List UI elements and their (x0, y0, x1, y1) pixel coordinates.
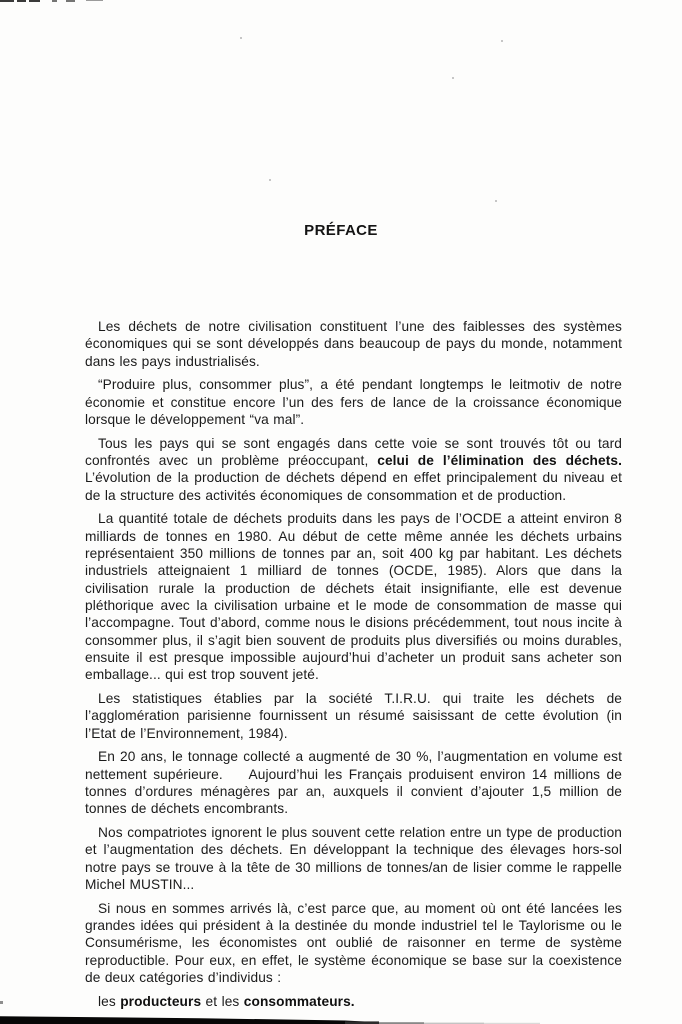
page-title: PRÉFACE (0, 222, 682, 239)
paragraph-5: Les statistiques établies par la société… (85, 690, 622, 742)
bold-phrase-elimination: celui de l’élimination des déchets. (377, 453, 622, 468)
paragraph-7: Nos compatriotes ignorent le plus souven… (85, 824, 622, 893)
scan-dash (52, 0, 57, 2)
paragraph-text: Les statistiques établies par la société… (85, 691, 622, 741)
paragraph-8: Si nous en sommes arrivés là, c’est parc… (85, 900, 622, 986)
text-block: Les déchets de notre civilisation consti… (85, 318, 622, 1016)
document-page: PRÉFACE Les déchets de notre civilisatio… (0, 0, 682, 1024)
scan-artifact-bottom-bar (0, 1000, 682, 1024)
scan-speck (269, 179, 271, 181)
scan-dash (17, 0, 26, 2)
paragraph-text: En 20 ans, le tonnage collecté a augment… (85, 749, 622, 816)
paragraph-text: Nos compatriotes ignorent le plus souven… (85, 825, 622, 892)
paragraph-4: La quantité totale de déchets produits d… (85, 510, 622, 683)
scan-dash (0, 0, 14, 2)
scan-dash (66, 0, 75, 2)
paragraph-text: “Produire plus, consommer plus”, a été p… (85, 377, 622, 427)
scan-speck (501, 40, 503, 42)
paragraph-text: La quantité totale de déchets produits d… (85, 511, 622, 682)
scan-speck (240, 37, 242, 39)
paragraph-text: L’évolution de la production de déchets … (85, 470, 622, 502)
scan-dash (86, 0, 103, 1)
paragraph-text: Si nous en sommes arrivés là, c’est parc… (85, 901, 622, 985)
paragraph-text: Les déchets de notre civilisation consti… (85, 319, 622, 369)
paragraph-2: “Produire plus, consommer plus”, a été p… (85, 376, 622, 428)
paragraph-3: Tous les pays qui se sont engagés dans c… (85, 435, 622, 504)
scan-speck (495, 200, 497, 202)
paragraph-6: En 20 ans, le tonnage collecté a augment… (85, 748, 622, 817)
scan-dash (29, 0, 40, 2)
paragraph-1: Les déchets de notre civilisation consti… (85, 318, 622, 370)
scan-speck (452, 77, 454, 79)
